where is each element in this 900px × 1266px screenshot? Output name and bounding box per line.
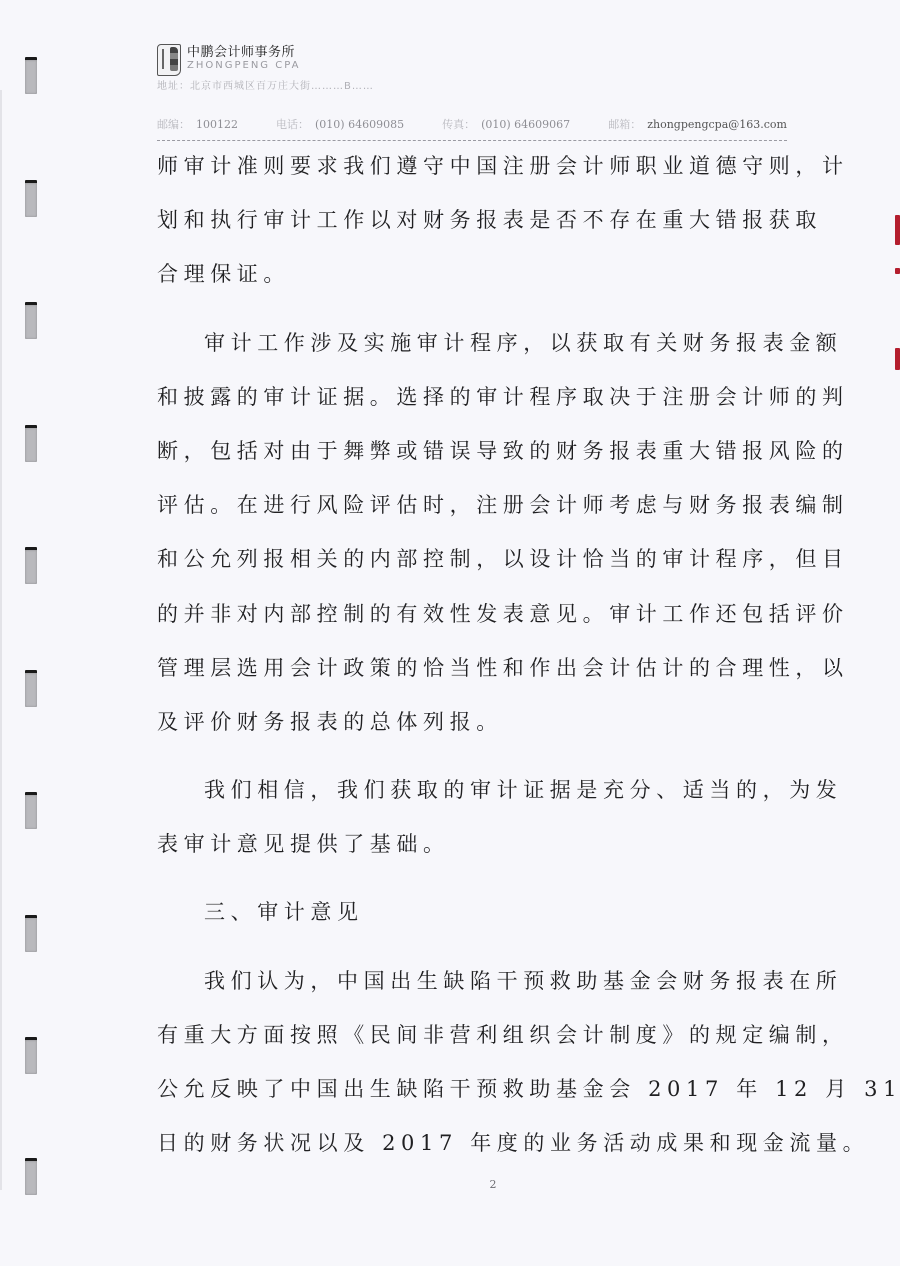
fax-label: 传真： bbox=[442, 118, 475, 131]
email-label: 邮箱： bbox=[608, 118, 641, 131]
binding-mark bbox=[25, 1037, 37, 1074]
paragraph: 审计工作涉及实施审计程序，以获取有关财务报表金额 和披露的审计证据。选择的审计程… bbox=[157, 320, 787, 754]
firm-logo-icon bbox=[157, 44, 181, 76]
binding-mark bbox=[25, 792, 37, 829]
document-page: 中鹏会计师事务所 ZHONGPENG CPA 地址：北京市西城区百万庄大街………… bbox=[0, 0, 900, 1266]
report-body: 师审计准则要求我们遵守中国注册会计师职业道德守则，计 划和执行审计工作以对财务报… bbox=[157, 143, 787, 1174]
text-line: 合理保证。 bbox=[157, 251, 787, 305]
fax-value: (010) 64609067 bbox=[481, 118, 570, 131]
binding-mark bbox=[25, 670, 37, 707]
paragraph: 我们认为，中国出生缺陷干预救助基金会财务报表在所 有重大方面按照《民间非营利组织… bbox=[157, 958, 787, 1175]
fax: 传真：(010) 64609067 bbox=[442, 116, 570, 132]
firm-logo-row: 中鹏会计师事务所 ZHONGPENG CPA bbox=[157, 44, 787, 76]
text-line: 管理层选用会计政策的恰当性和作出会计估计的合理性，以 bbox=[157, 645, 787, 699]
postcode-value: 100122 bbox=[196, 118, 238, 131]
text-line: 审计工作涉及实施审计程序，以获取有关财务报表金额 bbox=[157, 320, 787, 374]
phone: 电话：(010) 64609085 bbox=[276, 116, 404, 132]
text-line: 和公允列报相关的内部控制，以设计恰当的审计程序，但目 bbox=[157, 536, 787, 590]
paragraph: 我们相信，我们获取的审计证据是充分、适当的，为发 表审计意见提供了基础。 bbox=[157, 767, 787, 875]
phone-label: 电话： bbox=[276, 118, 309, 131]
text-line: 和披露的审计证据。选择的审计程序取决于注册会计师的判 bbox=[157, 374, 787, 428]
section-heading: 三、审计意见 bbox=[157, 889, 787, 943]
text-line: 有重大方面按照《民间非营利组织会计制度》的规定编制， bbox=[157, 1012, 787, 1066]
text-line: 公允反映了中国出生缺陷干预救助基金会 2017 年 12 月 31 bbox=[157, 1066, 787, 1120]
seal-fragment bbox=[895, 268, 900, 274]
firm-name-en: ZHONGPENG CPA bbox=[187, 60, 300, 72]
binding-mark bbox=[25, 180, 37, 217]
postcode: 邮编：100122 bbox=[157, 116, 238, 132]
text-line: 及评价财务报表的总体列报。 bbox=[157, 699, 787, 753]
binding-mark bbox=[25, 547, 37, 584]
paragraph: 师审计准则要求我们遵守中国注册会计师职业道德守则，计 划和执行审计工作以对财务报… bbox=[157, 143, 787, 306]
text-line: 师审计准则要求我们遵守中国注册会计师职业道德守则，计 bbox=[157, 143, 787, 197]
email: 邮箱：zhongpengcpa@163.com bbox=[608, 116, 787, 132]
letterhead: 中鹏会计师事务所 ZHONGPENG CPA 地址：北京市西城区百万庄大街………… bbox=[157, 44, 787, 92]
firm-names: 中鹏会计师事务所 ZHONGPENG CPA bbox=[187, 44, 300, 72]
text-line: 断，包括对由于舞弊或错误导致的财务报表重大错报风险的 bbox=[157, 428, 787, 482]
phone-value: (010) 64609085 bbox=[315, 118, 404, 131]
binding-mark bbox=[25, 57, 37, 94]
binding-mark bbox=[25, 302, 37, 339]
seal-fragment bbox=[895, 348, 900, 370]
text-line: 我们认为，中国出生缺陷干预救助基金会财务报表在所 bbox=[157, 958, 787, 1012]
text-line: 日的财务状况以及 2017 年度的业务活动成果和现金流量。 bbox=[157, 1120, 787, 1174]
postcode-label: 邮编： bbox=[157, 118, 190, 131]
firm-name-cn: 中鹏会计师事务所 bbox=[187, 45, 300, 60]
scan-speck bbox=[833, 666, 835, 668]
seal-fragment bbox=[895, 215, 900, 245]
page-number: 2 bbox=[0, 1178, 900, 1191]
text-line: 表审计意见提供了基础。 bbox=[157, 821, 787, 875]
email-value: zhongpengcpa@163.com bbox=[647, 118, 787, 131]
text-line: 的并非对内部控制的有效性发表意见。审计工作还包括评价 bbox=[157, 591, 787, 645]
binding-mark bbox=[25, 425, 37, 462]
contact-info-row: 邮编：100122 电话：(010) 64609085 传真：(010) 646… bbox=[157, 116, 787, 132]
text-line: 我们相信，我们获取的审计证据是充分、适当的，为发 bbox=[157, 767, 787, 821]
firm-address: 地址：北京市西城区百万庄大街………B…… bbox=[157, 77, 787, 92]
text-line: 划和执行审计工作以对财务报表是否不存在重大错报获取 bbox=[157, 197, 787, 251]
header-divider bbox=[157, 140, 787, 141]
text-line: 评估。在进行风险评估时，注册会计师考虑与财务报表编制 bbox=[157, 482, 787, 536]
page-edge-shadow bbox=[0, 90, 2, 1190]
section-heading-text: 三、审计意见 bbox=[157, 889, 787, 943]
binding-mark bbox=[25, 915, 37, 952]
